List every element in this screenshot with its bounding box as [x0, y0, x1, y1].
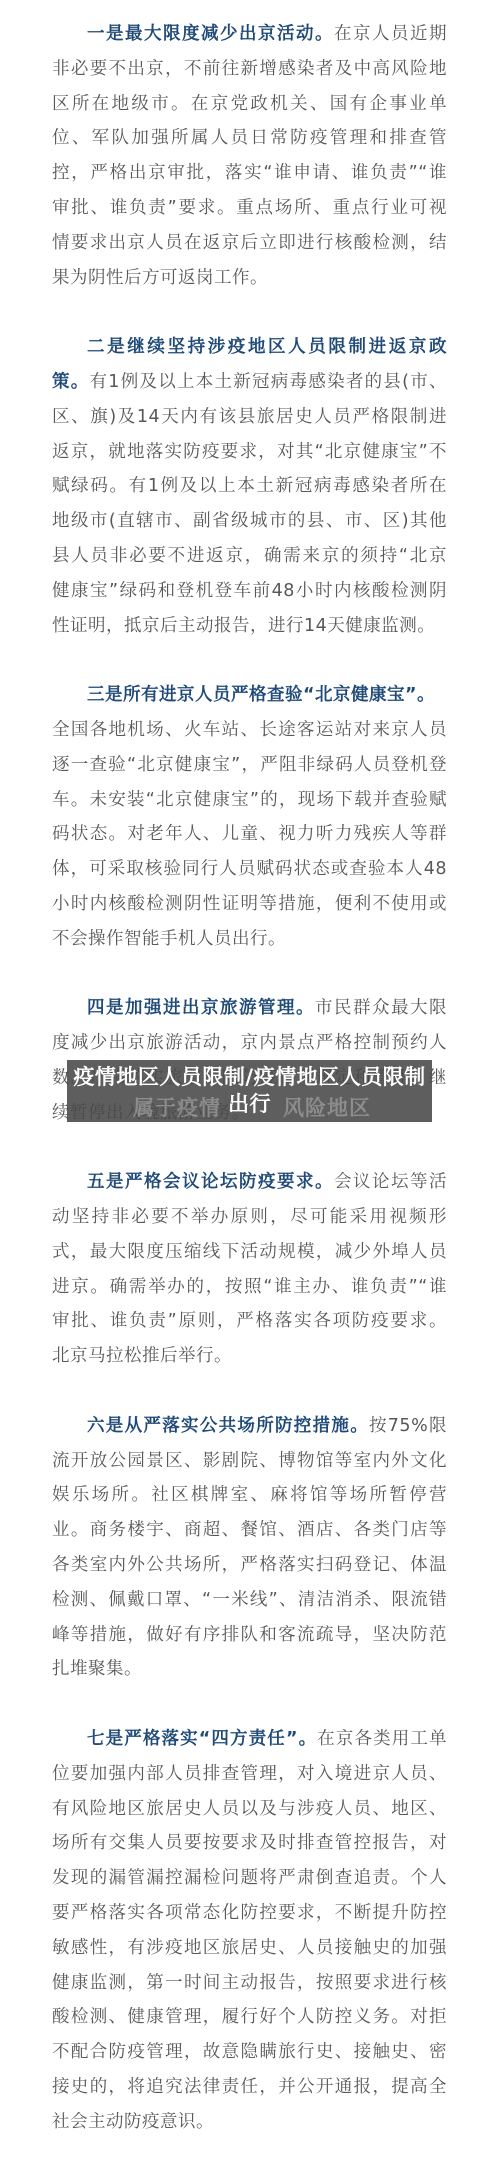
section-line: 动坚持非必要不举办原则，尽可能采用视频形 — [52, 1200, 447, 1235]
section-line: 区、旗)及14天内有该县旅居史人员严格限制进 — [52, 400, 447, 435]
section-line: 健康宝”绿码和登机登车前48小时内核酸检测阴 — [52, 574, 447, 609]
section-line: 四是加强进出京旅游管理。市民群众最大限 — [52, 991, 447, 1026]
section-line: 控，严格出京审批，落实“谁申请、谁负责”“谁 — [52, 156, 447, 191]
section-7: 七是严格落实“四方责任”。在京各类用工单 位要加强内部人员排查管理，对入境进京人… — [52, 1722, 447, 2140]
section-heading: 四是加强进出京旅游管理。 — [87, 998, 315, 1018]
section-line: 果为阴性后方可返岗工作。 — [52, 261, 447, 296]
section-line: 要严格落实各项常态化防控要求，不断提升防控 — [52, 1896, 447, 1931]
section-3: 三是所有进京人员严格查验“北京健康宝”。 全国各地机场、火车站、长途客运站对来京… — [52, 678, 447, 956]
section-1: 一是最大限度减少出京活动。在京人员近期 非必要不出京，不前往新增感染者及中高风险… — [52, 17, 447, 295]
section-line: 五是严格会议论坛防疫要求。会议论坛等活 — [52, 1165, 447, 1200]
section-line: 位、军队加强所属人员日常防疫管理和排查管 — [52, 121, 447, 156]
section-line: 性证明，抵京后主动报告，进行14天健康监测。 — [52, 609, 447, 644]
section-line: 七是严格落实“四方责任”。在京各类用工单 — [52, 1722, 447, 1757]
section-heading: 六是从严落实公共场所防控措施。 — [87, 1416, 369, 1436]
section-line: 审批、谁负责”要求。重点场所、重点行业可视 — [52, 191, 447, 226]
section-text: 有1例及以上本土新冠病毒感染者的县(市、 — [90, 372, 447, 392]
section-line: 情要求出京人员在返京后立即进行核酸检测，结 — [52, 226, 447, 261]
section-line: 县人员非必要不进返京，确需来京的须持“北京 — [52, 539, 447, 574]
section-line: 进京。确需举办的，按照“谁主办、谁负责”“谁 — [52, 1270, 447, 1305]
section-line: 业。商务楼宇、商超、餐馆、酒店、各类门店等 — [52, 1513, 447, 1548]
section-heading: 一是最大限度减少出京活动。 — [87, 24, 334, 44]
section-5: 五是严格会议论坛防疫要求。会议论坛等活 动坚持非必要不举办原则，尽可能采用视频形… — [52, 1165, 447, 1374]
section-line: 策。有1例及以上本土新冠病毒感染者的县(市、 — [52, 365, 447, 400]
section-line: 有风险地区旅居史人员以及与涉疫人员、地区、 — [52, 1792, 447, 1827]
section-heading: 二是继续坚持涉疫地区人员限制进返京政 — [52, 330, 447, 365]
section-line: 逐一查验“北京健康宝”，严阻非绿码人员登机登 — [52, 748, 447, 783]
section-line: 扎堆聚集。 — [52, 1652, 447, 1687]
section-line: 区所在地级市。在京党政机关、国有企事业单 — [52, 87, 447, 122]
section-text: 在京各类用工单 — [317, 1729, 447, 1749]
section-line: 北京马拉松推后举行。 — [52, 1339, 447, 1374]
section-line: 度减少出京旅游活动，京内景点严格控制预约人 — [52, 1026, 447, 1061]
section-2: 二是继续坚持涉疫地区人员限制进返京政 策。有1例及以上本土新冠病毒感染者的县(市… — [52, 330, 447, 643]
section-line: 酸检测、健康管理，履行好个人防控义务。对拒 — [52, 2000, 447, 2035]
section-line: 接史的，将追究法律责任，并公开通报，提高全 — [52, 2070, 447, 2105]
section-line: 一是最大限度减少出京活动。在京人员近期 — [52, 17, 447, 52]
section-line: 检测、佩戴口罩、“一米线”、清洁消杀、限流错 — [52, 1583, 447, 1618]
section-line: 峰等措施，做好有序排队和客流疏导，坚决防范 — [52, 1618, 447, 1653]
section-line: 地级市(直辖市、副省级城市的县、市、区)其他 — [52, 504, 447, 539]
section-heading-tail: 策。 — [52, 372, 90, 392]
section-line: 社会主动防疫意识。 — [52, 2105, 447, 2140]
section-line: 非必要不出京，不前往新增感染者及中高风险地 — [52, 52, 447, 87]
section-line: 式，最大限度压缩线下活动规模，减少外埠人员 — [52, 1235, 447, 1270]
section-text: 市民群众最大限 — [315, 998, 447, 1018]
section-heading: 三是所有进京人员严格查验“北京健康宝”。 — [52, 678, 447, 713]
section-6: 六是从严落实公共场所防控措施。按75%限 流开放公园景区、影剧院、博物馆等室内外… — [52, 1409, 447, 1687]
section-line: 健康监测，第一时间主动报告，按照要求进行核 — [52, 1966, 447, 2001]
section-line: 码状态。对老年人、儿童、视力听力残疾人等群 — [52, 817, 447, 852]
section-text: 按75%限 — [369, 1416, 447, 1436]
section-line: 位要加强内部人员排查管理，对入境进京人员、 — [52, 1757, 447, 1792]
section-line: 娱乐场所。社区棋牌室、麻将馆等场所暂停营 — [52, 1478, 447, 1513]
section-line: 审批、谁负责”原则，严格落实各项防疫要求。 — [52, 1304, 447, 1339]
section-text: 会议论坛等活 — [334, 1172, 447, 1192]
section-line: 小时内核酸检测阴性证明等措施，便利不使用或 — [52, 887, 447, 922]
overlay-title[interactable]: 疫情地区人员限制/疫情地区人员限制出行 — [67, 1064, 432, 1118]
section-line: 六是从严落实公共场所防控措施。按75%限 — [52, 1409, 447, 1444]
section-line: 全国各地机场、火车站、长途客运站对来京人员 — [52, 713, 447, 748]
section-line: 赋绿码。有1例及以上本土新冠病毒感染者所在 — [52, 469, 447, 504]
section-heading: 七是严格落实“四方责任”。 — [87, 1729, 317, 1749]
section-line: 不会操作智能手机人员出行。 — [52, 922, 447, 957]
section-line: 发现的漏管漏控漏检问题将严肃倒查追责。个人 — [52, 1861, 447, 1896]
section-line: 车。未安装“北京健康宝”的，现场下载并查验赋 — [52, 783, 447, 818]
section-line: 返京，就地落实防疫要求，对其“北京健康宝”不 — [52, 435, 447, 470]
section-text: 在京人员近期 — [334, 24, 447, 44]
section-line: 各类室内外公共场所，严格落实扫码登记、体温 — [52, 1548, 447, 1583]
section-line: 体，可采取核验同行人员赋码状态或查验本人48 — [52, 852, 447, 887]
section-line: 不配合防疫管理，故意隐瞒旅行史、接触史、密 — [52, 2035, 447, 2070]
caption-overlay[interactable]: 属于疫情风险地区 疫情地区人员限制/疫情地区人员限制出行 — [67, 1060, 432, 1122]
section-line: 场所有交集人员要按要求及时排查管控报告，对 — [52, 1826, 447, 1861]
section-line: 敏感性，有涉疫地区旅居史、人员接触史的加强 — [52, 1931, 447, 1966]
section-line: 流开放公园景区、影剧院、博物馆等室内外文化 — [52, 1444, 447, 1479]
section-heading: 五是严格会议论坛防疫要求。 — [87, 1172, 334, 1192]
